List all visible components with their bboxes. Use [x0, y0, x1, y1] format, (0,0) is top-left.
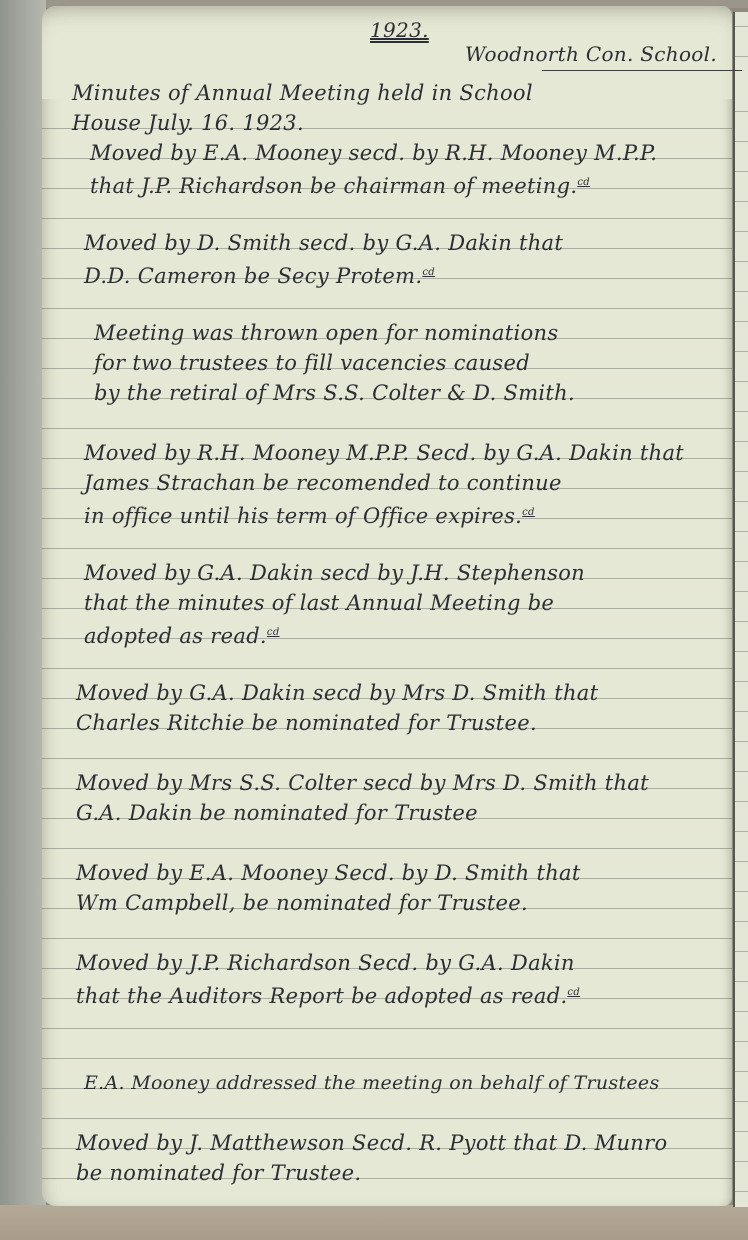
photo-backdrop-bottom: [0, 1205, 748, 1240]
photo-backdrop-left: [0, 0, 46, 1240]
motion-line: Moved by G.A. Dakin secd by Mrs D. Smith…: [76, 678, 598, 708]
motion-line: be nominated for Trustee.: [76, 1158, 361, 1188]
facing-page-edge: [733, 12, 748, 1207]
motion-line: Moved by G.A. Dakin secd by J.H. Stephen…: [84, 558, 585, 588]
motion-line: Wm Campbell, be nominated for Trustee.: [76, 888, 528, 918]
motion-line: Moved by D. Smith secd. by G.A. Dakin th…: [84, 228, 563, 258]
title-line-2: House July. 16. 1923.: [72, 108, 304, 138]
motion-line: in office until his term of Office expir…: [84, 498, 535, 528]
motion-line-text: adopted as read.: [84, 624, 267, 648]
motion-line: D.D. Cameron be Secy Protem.cd: [84, 258, 435, 288]
motion-line: Moved by Mrs S.S. Colter secd by Mrs D. …: [76, 768, 649, 798]
motion-line: Moved by E.A. Mooney secd. by R.H. Moone…: [90, 138, 657, 168]
motion-line: Moved by E.A. Mooney Secd. by D. Smith t…: [76, 858, 581, 888]
motion-line: G.A. Dakin be nominated for Trustee: [76, 798, 478, 828]
motion-line: that the Auditors Report be adopted as r…: [76, 978, 580, 1008]
carried-mark: cd: [577, 177, 590, 188]
motion-line-text: in office until his term of Office expir…: [84, 504, 522, 528]
ledger-page: 1923. Woodnorth Con. School. Minutes of …: [42, 6, 732, 1206]
motion-line: by the retiral of Mrs S.S. Colter & D. S…: [94, 378, 575, 408]
motion-line-text: that J.P. Richardson be chairman of meet…: [90, 174, 577, 198]
motion-line: Moved by J.P. Richardson Secd. by G.A. D…: [76, 948, 575, 978]
carried-mark: cd: [522, 507, 535, 518]
motion-line: adopted as read.cd: [84, 618, 280, 648]
header-year: 1923.: [370, 18, 429, 42]
motion-line: that the minutes of last Annual Meeting …: [84, 588, 554, 618]
motion-line: E.A. Mooney addressed the meeting on beh…: [84, 1068, 660, 1098]
motion-line: Moved by J. Matthewson Secd. R. Pyott th…: [76, 1128, 667, 1158]
motion-line: for two trustees to fill vacencies cause…: [94, 348, 530, 378]
motion-line: James Strachan be recomended to continue: [84, 468, 562, 498]
carried-mark: cd: [267, 627, 280, 638]
header-school-name: Woodnorth Con. School.: [465, 42, 717, 66]
motion-line-text: D.D. Cameron be Secy Protem.: [84, 264, 422, 288]
title-line-1: Minutes of Annual Meeting held in School: [72, 78, 533, 108]
motion-line: Meeting was thrown open for nominations: [94, 318, 558, 348]
motion-line: that J.P. Richardson be chairman of meet…: [90, 168, 590, 198]
carried-mark: cd: [422, 267, 435, 278]
motion-line: Charles Ritchie be nominated for Trustee…: [76, 708, 537, 738]
motion-line-text: that the Auditors Report be adopted as r…: [76, 984, 567, 1008]
carried-mark: cd: [567, 987, 580, 998]
school-underline: [542, 70, 742, 71]
motion-line: Moved by R.H. Mooney M.P.P. Secd. by G.A…: [84, 438, 684, 468]
